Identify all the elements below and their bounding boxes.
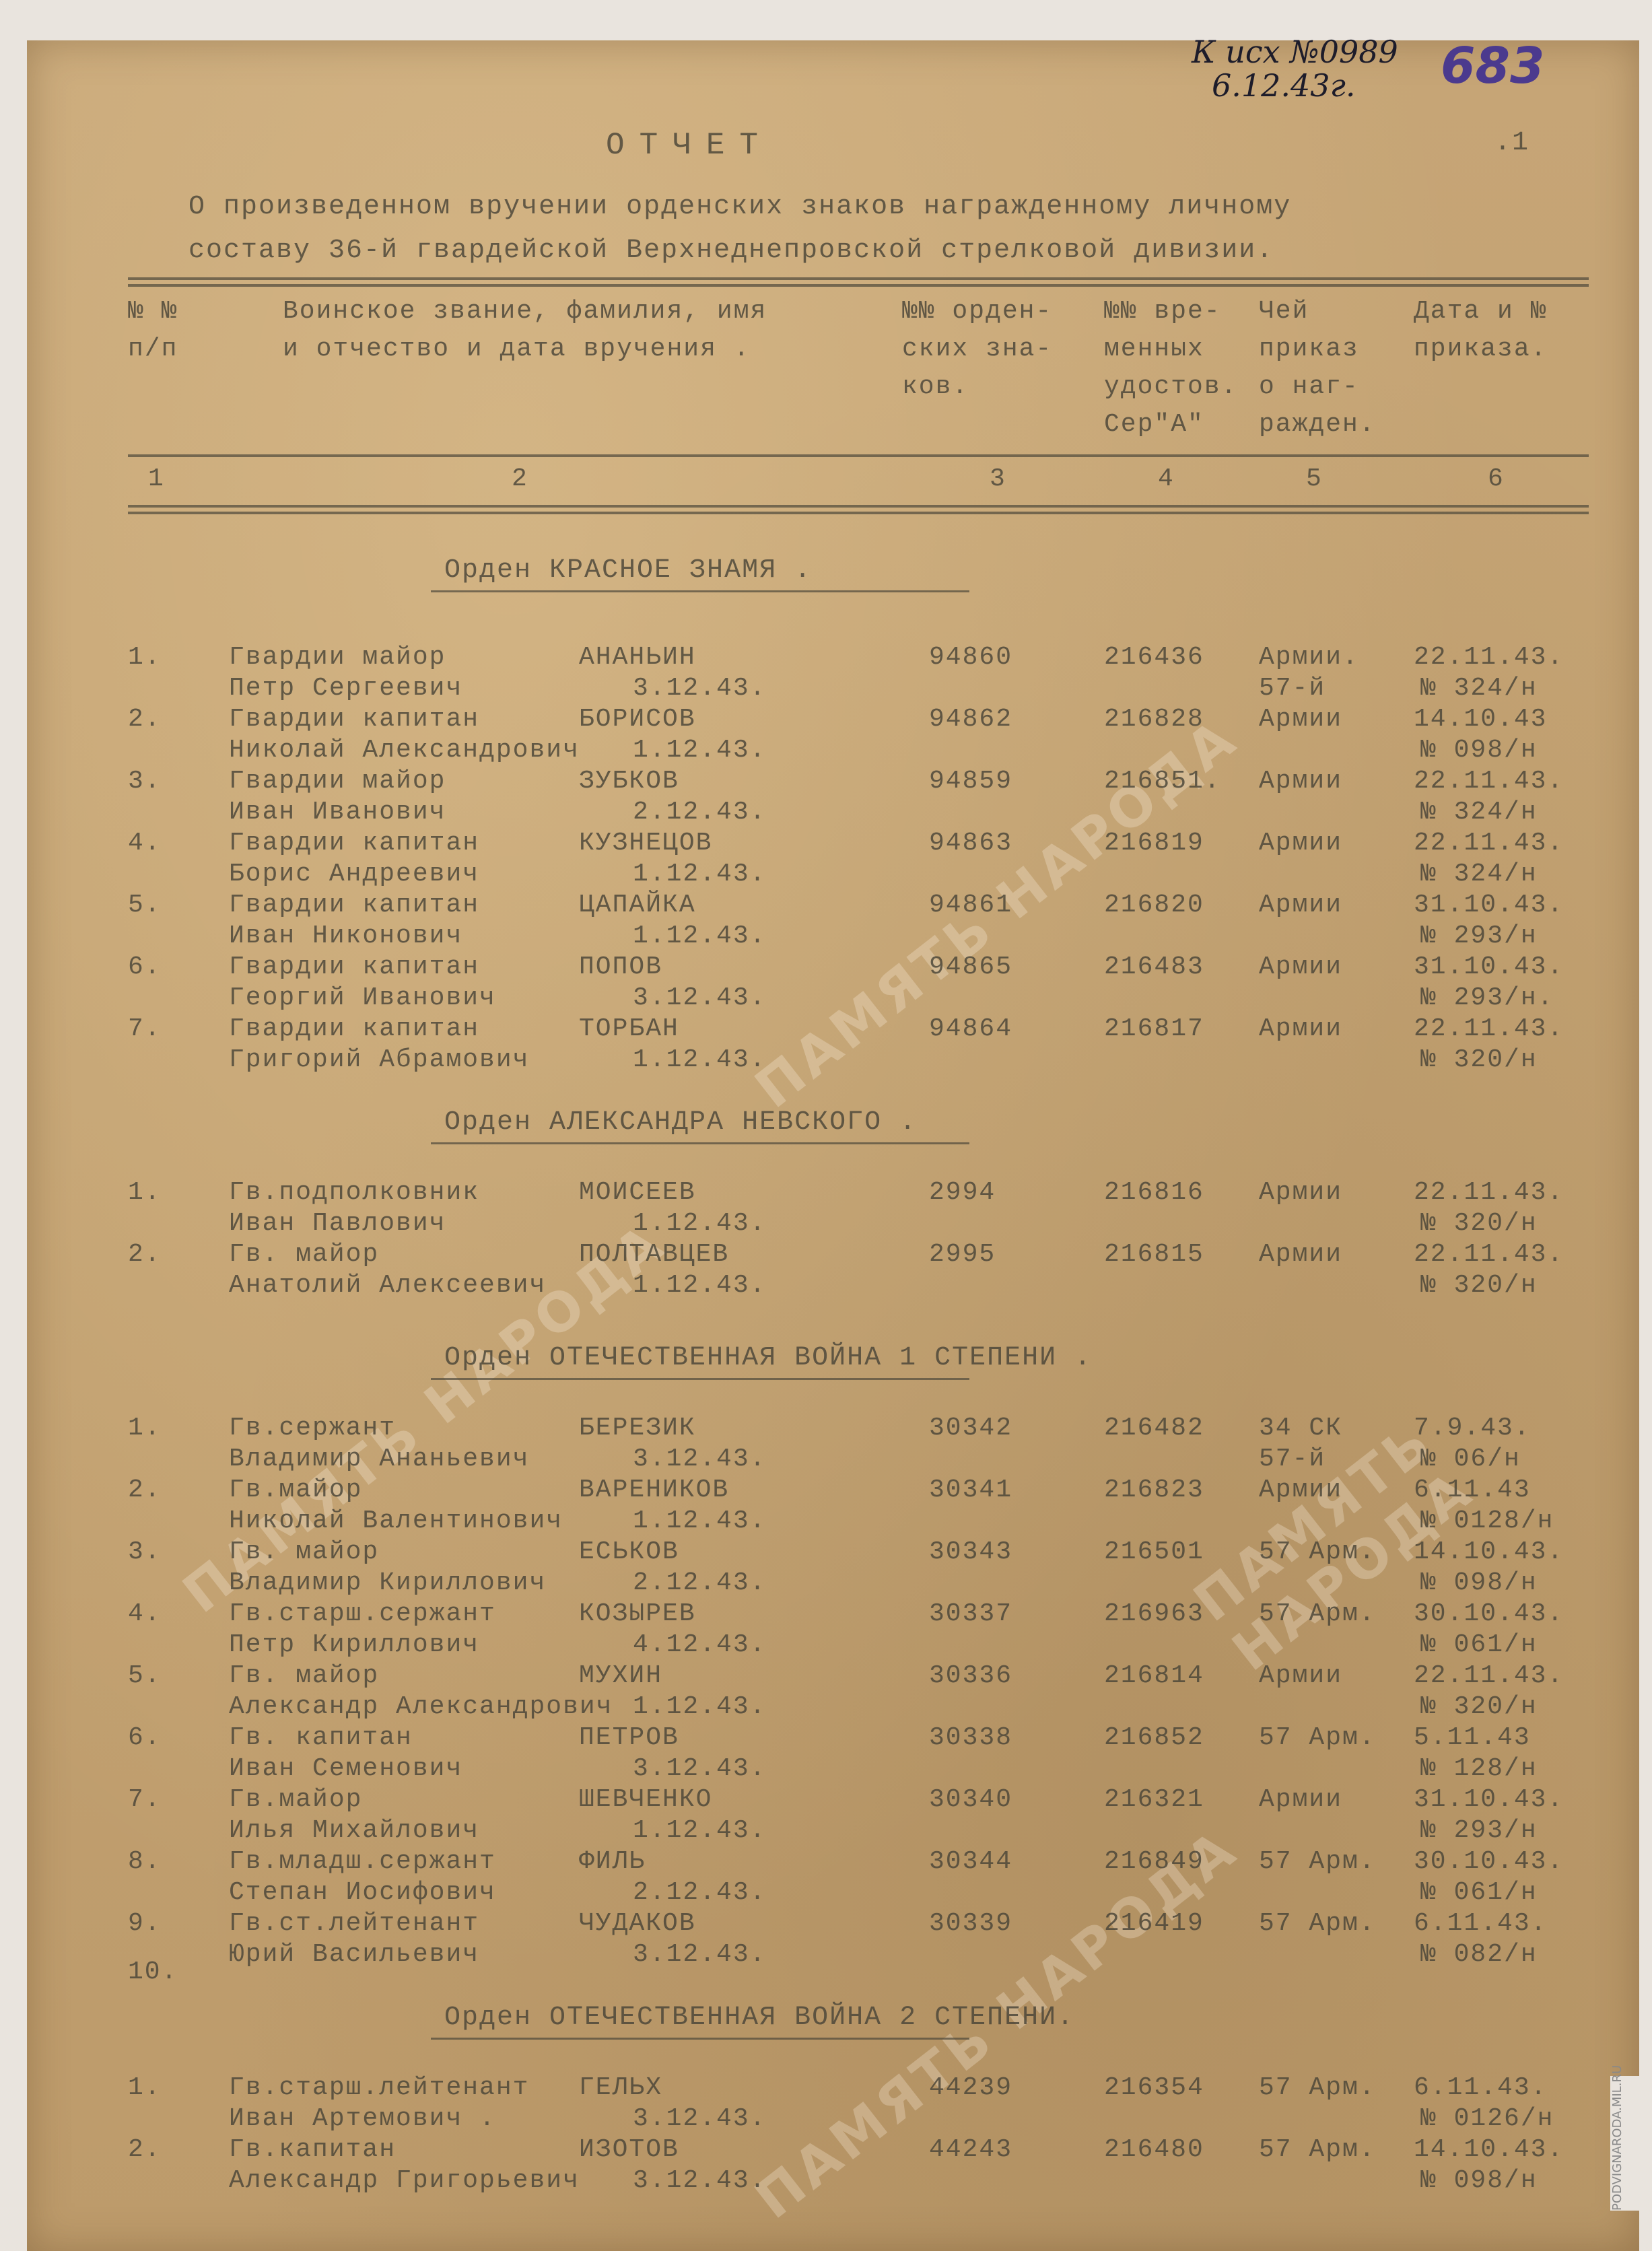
order-number: № 0126/н [1420,2104,1554,2133]
col-header-text: ков. [902,372,969,401]
surname: ИЗОТОВ [579,2135,679,2164]
rank: Гв. капитан [229,1723,413,1752]
surname: МУХИН [579,1661,662,1690]
certificate-number: 216436 [1104,643,1204,672]
order-number: № 320/н [1420,1209,1538,1238]
col-header-text: Воинское звание, фамилия, имя [283,297,767,326]
given-name-patronymic: Александр Александрович [229,1692,613,1721]
rank: Гв. майор [229,1240,379,1269]
surname: АНАНЬИН [579,643,696,672]
order-badge-number: 30344 [929,1847,1012,1876]
issued-by: Армии [1259,1661,1342,1690]
rank: Гв.майор [229,1476,362,1504]
order-badge-number: 30339 [929,1909,1012,1938]
order-badge-number: 94860 [929,643,1012,672]
order-date: 22.11.43. [1414,1661,1564,1690]
row-number: 2. [128,1476,162,1504]
rank: Гв.ст.лейтенант [229,1909,479,1938]
row-number: 1. [128,1178,162,1207]
order-date: 6.11.43 [1414,1476,1531,1504]
row-number: 1. [128,2073,162,2102]
order-date: 22.11.43. [1414,1014,1564,1043]
order-date: 31.10.43. [1414,891,1564,920]
document-page: ПАМЯТЬ НАРОДА ПАМЯТЬ НАРОДА ПАМЯТЬ НАРОД… [27,40,1639,2251]
surname: ПОПОВ [579,953,662,981]
order-number: № 293/н. [1420,983,1554,1012]
surname: ШЕВЧЕНКО [579,1785,712,1814]
rank: Гв.старш.сержант [229,1599,496,1628]
order-number: № 098/н [1420,1568,1538,1597]
section-title: Орден КРАСНОЕ ЗНАМЯ . [444,555,812,586]
order-number: № 061/н [1420,1630,1538,1659]
rank: Гвардии капитан [229,953,479,981]
row-number: 5. [128,891,162,920]
issued-by: 57 Арм. [1259,1537,1376,1566]
col-header-issuer: Чейприказо наг-ражден. [1259,293,1376,444]
award-date: 1.12.43. [633,736,766,765]
row-number: 8. [128,1847,162,1876]
col-number: 5 [1306,464,1323,493]
col-header-text: приказа. [1414,335,1547,363]
given-name-patronymic: Владимир Ананьевич [229,1445,529,1474]
surname: КОЗЫРЕВ [579,1599,696,1628]
order-date: 22.11.43. [1414,829,1564,858]
header-rule [128,454,1589,457]
issued-by: Армии [1259,1785,1342,1814]
col-number: 1 [148,464,165,493]
order-date: 31.10.43. [1414,953,1564,981]
row-number: 2. [128,705,162,734]
section-title: Орден ОТЕЧЕСТВЕННАЯ ВОЙНА 2 СТЕПЕНИ. [444,2003,1074,2033]
issued-by: Армии [1259,829,1342,858]
surname: ТОРБАН [579,1014,679,1043]
header-rule [128,505,1589,508]
award-date: 3.12.43. [633,983,766,1012]
order-date: 22.11.43. [1414,643,1564,672]
given-name-patronymic: Борис Андреевич [229,860,479,889]
col-header-text: и отчество и дата вручения . [283,335,751,363]
order-date: 6.11.43. [1414,2073,1547,2102]
row-number: 5. [128,1661,162,1690]
col-header-text: Чей [1259,297,1309,326]
award-date: 2.12.43. [633,1568,766,1597]
col-header-name: Воинское звание, фамилия, имяи отчество … [283,293,767,368]
col-header-order-date: Дата и №приказа. [1414,293,1547,368]
col-header-text: №№ орден- [902,297,1052,326]
order-date: 22.11.43. [1414,1178,1564,1207]
award-date: 1.12.43. [633,1045,766,1074]
surname: БЕРЕЗИК [579,1414,696,1443]
rank: Гв.старш.лейтенант [229,2073,529,2102]
col-header-cert-no: №№ вре-менныхудостов.Сер"А" [1104,293,1237,444]
order-badge-number: 94862 [929,705,1012,734]
order-date: 14.10.43 [1414,705,1547,734]
page-title: ОТЧЕТ [606,128,773,163]
rank: Гв.сержант [229,1414,396,1443]
order-date: 14.10.43. [1414,2135,1564,2164]
header-rule [128,512,1589,514]
order-number: № 293/н [1420,922,1538,950]
award-date: 1.12.43. [633,1816,766,1845]
order-date: 7.9.43. [1414,1414,1531,1443]
award-date: 1.12.43. [633,922,766,950]
certificate-number: 216963 [1104,1599,1204,1628]
subtitle-line-1: О произведенном вручении орденских знако… [188,192,1291,222]
certificate-number: 216354 [1104,2073,1204,2102]
rank: Гвардии капитан [229,829,479,858]
certificate-number: 216851. [1104,767,1221,796]
order-badge-number: 30343 [929,1537,1012,1566]
given-name-patronymic: Григорий Абрамович [229,1045,529,1074]
award-date: 3.12.43. [633,1445,766,1474]
order-number: № 320/н [1420,1692,1538,1721]
issued-by: Армии [1259,1014,1342,1043]
order-badge-number: 44239 [929,2073,1012,2102]
order-number: № 061/н [1420,1878,1538,1907]
surname: МОИСЕЕВ [579,1178,696,1207]
issued-by: 57 Арм. [1259,1909,1376,1938]
issued-by: 57 Арм. [1259,2135,1376,2164]
col-header-order-no: №№ орден-ских зна-ков. [902,293,1052,406]
col-number: 6 [1488,464,1505,493]
given-name-patronymic: Иван Павлович [229,1209,446,1238]
col-header-number: № №п/п [128,293,178,368]
award-date: 1.12.43. [633,1209,766,1238]
given-name-patronymic: Иван Семенович [229,1754,462,1783]
given-name-patronymic: Степан Иосифович [229,1878,496,1907]
order-badge-number: 94864 [929,1014,1012,1043]
award-date: 4.12.43. [633,1630,766,1659]
order-number: № 320/н [1420,1271,1538,1300]
certificate-number: 216849 [1104,1847,1204,1876]
rank: Гв.майор [229,1785,362,1814]
row-number: 3. [128,1537,162,1566]
award-date: 3.12.43. [633,674,766,703]
given-name-patronymic: Александр Григорьевич [229,2166,580,2195]
order-badge-number: 94863 [929,829,1012,858]
col-number: 2 [512,464,528,493]
rank: Гв.капитан [229,2135,396,2164]
col-header-text: ражден. [1259,410,1376,439]
row-number: 2. [128,2135,162,2164]
award-date: 1.12.43. [633,1692,766,1721]
surname: ЗУБКОВ [579,767,679,796]
certificate-number: 216820 [1104,891,1204,920]
rank: Гвардии капитан [229,891,479,920]
row-number: 9. [128,1909,162,1938]
order-badge-number: 30342 [929,1414,1012,1443]
award-date: 3.12.43. [633,2104,766,2133]
issued-by: Армии [1259,1240,1342,1269]
certificate-number: 216816 [1104,1178,1204,1207]
order-date: 30.10.43. [1414,1847,1564,1876]
row-number: 2. [128,1240,162,1269]
award-date: 1.12.43. [633,860,766,889]
award-date: 1.12.43. [633,1507,766,1535]
surname: ПЕТРОВ [579,1723,679,1752]
header-rule [128,277,1589,280]
certificate-number: 216819 [1104,829,1204,858]
order-number: № 324/н [1420,860,1538,889]
row-number: 7. [128,1785,162,1814]
order-number: № 0128/н [1420,1507,1554,1535]
handwritten-ref-date: 6.12.43г. [1212,67,1355,104]
archive-side-watermark: PODVIGNARODA.MIL.RU [1610,2076,1648,2211]
surname: ЦАПАЙКА [579,891,696,920]
section-title: Орден АЛЕКСАНДРА НЕВСКОГО . [444,1107,917,1138]
col-header-text: Дата и № [1414,297,1547,326]
issued-by: 57 Арм. [1259,1847,1376,1876]
order-number: № 324/н [1420,798,1538,827]
order-badge-number: 30338 [929,1723,1012,1752]
order-number: № 082/н [1420,1940,1538,1969]
row-number: 6. [128,1723,162,1752]
certificate-number: 216823 [1104,1476,1204,1504]
order-date: 22.11.43. [1414,1240,1564,1269]
given-name-patronymic: Иван Артемович . [229,2104,496,2133]
surname: ЧУДАКОВ [579,1909,696,1938]
header-rule [128,284,1589,287]
col-number: 4 [1158,464,1175,493]
order-badge-number: 2995 [929,1240,996,1269]
certificate-number: 216419 [1104,1909,1204,1938]
award-date: 1.12.43. [633,1271,766,1300]
award-date: 2.12.43. [633,1878,766,1907]
col-header-text: № № [128,297,178,326]
order-number: № 320/н [1420,1045,1538,1074]
given-name-patronymic: Иван Никонович [229,922,462,950]
surname: ЕСЬКОВ [579,1537,679,1566]
page-number: .1 [1494,128,1529,158]
row-number: 4. [128,1599,162,1628]
rank: Гвардии капитан [229,705,479,734]
surname: ПОЛТАВЦЕВ [579,1240,729,1269]
order-number: № 324/н [1420,674,1538,703]
col-header-text: приказ [1259,335,1359,363]
issued-by-army: 57-й [1259,674,1326,703]
order-badge-number: 2994 [929,1178,996,1207]
issued-by: Армии [1259,1178,1342,1207]
issued-by: 57 Арм. [1259,1723,1376,1752]
order-badge-number: 94859 [929,767,1012,796]
issued-by: Армии. [1259,643,1359,672]
rank: Гв.подполковник [229,1178,479,1207]
surname: БОРИСОВ [579,705,696,734]
given-name-patronymic: Николай Александрович [229,736,580,765]
given-name-patronymic: Николай Валентинович [229,1507,563,1535]
issued-by: 34 СК [1259,1414,1342,1443]
col-header-text: удостов. [1104,372,1237,401]
certificate-number: 216817 [1104,1014,1204,1043]
col-header-text: Сер"А" [1104,410,1204,439]
order-number: № 06/н [1420,1445,1521,1474]
section-underline [431,590,969,592]
subtitle-line-2: составу 36-й гвардейской Верхнеднепровск… [188,236,1274,266]
col-header-text: ских зна- [902,335,1052,363]
order-badge-number: 30336 [929,1661,1012,1690]
certificate-number: 216501 [1104,1537,1204,1566]
award-date: 3.12.43. [633,1940,766,1969]
certificate-number: 216483 [1104,953,1204,981]
rank: Гвардии капитан [229,1014,479,1043]
issued-by: Армии [1259,767,1342,796]
surname: ФИЛЬ [579,1847,646,1876]
row-number: 1. [128,643,162,672]
rank: Гвардии майор [229,643,446,672]
rank: Гв. майор [229,1661,379,1690]
order-date: 5.11.43 [1414,1723,1531,1752]
surname: ГЕЛЬХ [579,2073,662,2102]
given-name-patronymic: Илья Михайлович [229,1816,479,1845]
rank: Гв.младш.сержант [229,1847,496,1876]
award-date: 2.12.43. [633,798,766,827]
rank: Гвардии майор [229,767,446,796]
issued-by: Армии [1259,953,1342,981]
surname: ВАРЕНИКОВ [579,1476,729,1504]
order-badge-number: 30340 [929,1785,1012,1814]
award-date: 3.12.43. [633,2166,766,2195]
given-name-patronymic: Иван Иванович [229,798,446,827]
order-number: № 098/н [1420,2166,1538,2195]
row-number: 6. [128,953,162,981]
col-header-text: п/п [128,335,178,363]
order-date: 14.10.43. [1414,1537,1564,1566]
order-date: 22.11.43. [1414,767,1564,796]
order-number: № 098/н [1420,736,1538,765]
col-header-text: менных [1104,335,1204,363]
col-number: 3 [990,464,1006,493]
order-date: 6.11.43. [1414,1909,1547,1938]
section-underline [431,1142,969,1144]
order-date: 30.10.43. [1414,1599,1564,1628]
given-name-patronymic: Юрий Васильевич [229,1940,479,1969]
section-underline [431,1378,969,1380]
surname: КУЗНЕЦОВ [579,829,712,858]
issued-by: Армии [1259,1476,1342,1504]
issued-by: 57 Арм. [1259,2073,1376,2102]
row-number: 1. [128,1414,162,1443]
given-name-patronymic: Петр Сергеевич [229,674,462,703]
order-badge-number: 44243 [929,2135,1012,2164]
given-name-patronymic: Анатолий Алексеевич [229,1271,546,1300]
certificate-number: 216815 [1104,1240,1204,1269]
order-number: № 128/н [1420,1754,1538,1783]
order-badge-number: 94865 [929,953,1012,981]
issued-by: Армии [1259,891,1342,920]
handwritten-reference: К исх №0989 [1192,34,1398,70]
given-name-patronymic: Петр Кириллович [229,1630,479,1659]
issued-by-army: 57-й [1259,1445,1326,1474]
certificate-number: 216482 [1104,1414,1204,1443]
issued-by: Армии [1259,705,1342,734]
row-number: 3. [128,767,162,796]
section-title: Орден ОТЕЧЕСТВЕННАЯ ВОЙНА 1 СТЕПЕНИ . [444,1343,1092,1373]
sheet-number-stamp: 683 [1441,37,1544,95]
given-name-patronymic: Владимир Кириллович [229,1568,546,1597]
row-number: 4. [128,829,162,858]
row-number: 7. [128,1014,162,1043]
certificate-number: 216852 [1104,1723,1204,1752]
certificate-number: 216828 [1104,705,1204,734]
given-name-patronymic: Георгий Иванович [229,983,496,1012]
order-badge-number: 94861 [929,891,1012,920]
issued-by: 57 Арм. [1259,1599,1376,1628]
order-number: № 293/н [1420,1816,1538,1845]
certificate-number: 216480 [1104,2135,1204,2164]
certificate-number: 216321 [1104,1785,1204,1814]
order-date: 31.10.43. [1414,1785,1564,1814]
col-header-text: о наг- [1259,372,1359,401]
order-badge-number: 30341 [929,1476,1012,1504]
col-header-text: №№ вре- [1104,297,1221,326]
award-date: 3.12.43. [633,1754,766,1783]
certificate-number: 216814 [1104,1661,1204,1690]
section-underline [431,2038,969,2040]
rank: Гв. майор [229,1537,379,1566]
row-number: 10. [128,1958,178,1986]
order-badge-number: 30337 [929,1599,1012,1628]
